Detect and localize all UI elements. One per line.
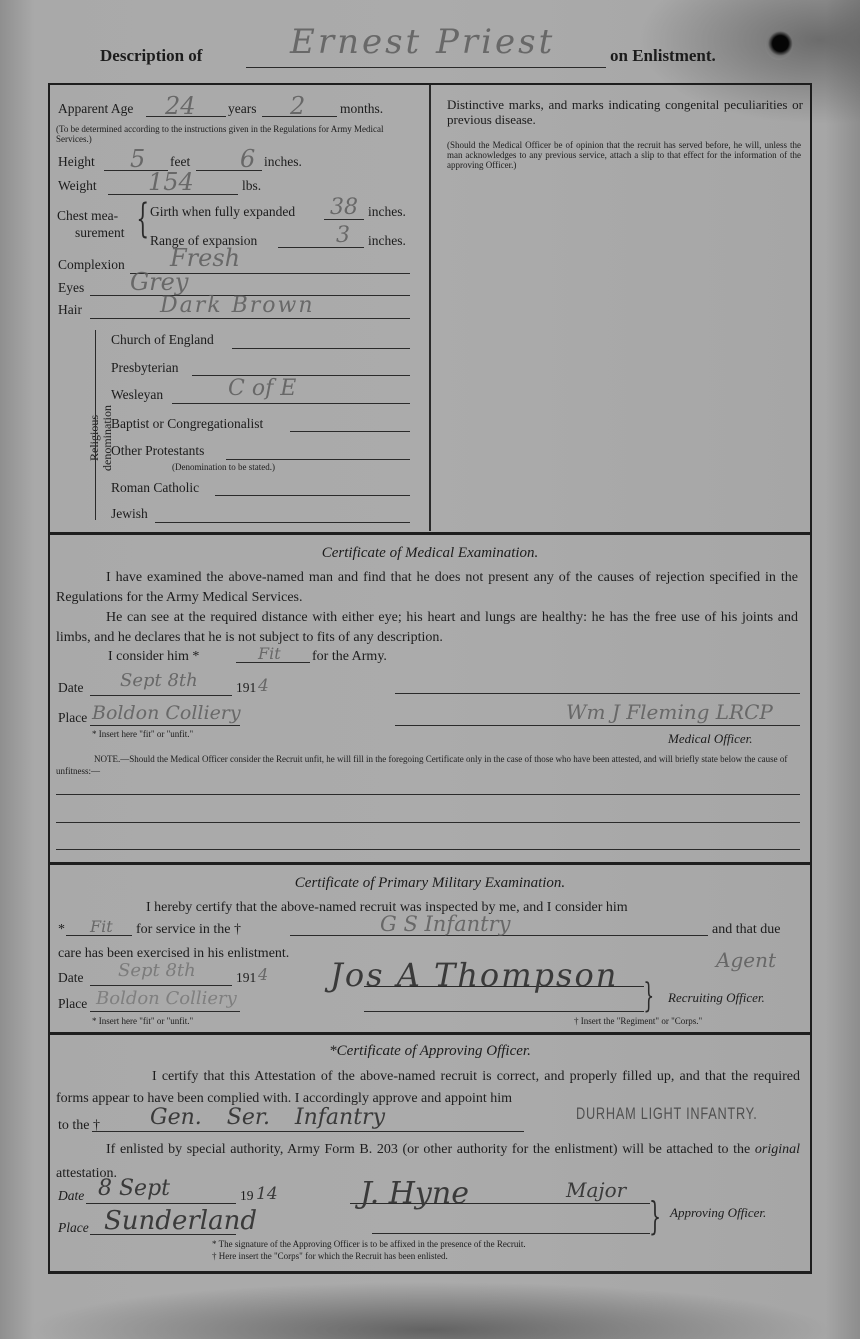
- attestation-page: Description of Ernest Priest on Enlistme…: [0, 0, 860, 1339]
- distinctive-marks-note: (Should the Medical Officer be of opinio…: [447, 140, 801, 170]
- hair-value: Dark Brown: [160, 293, 315, 318]
- name-line: [246, 67, 606, 68]
- medical-para-1: I have examined the above-named man and …: [56, 568, 798, 608]
- approving-officer-label: Approving Officer.: [670, 1205, 766, 1221]
- inches-label: inches.: [264, 154, 302, 170]
- recruiting-officer-annotation: Agent: [716, 948, 776, 972]
- medical-date-line: [90, 695, 232, 696]
- approving-officer-signature: J. Hyne: [360, 1176, 469, 1211]
- apparent-age-label: Apparent Age: [58, 101, 133, 117]
- medical-para-2: He can see at the required distance with…: [56, 608, 798, 648]
- range-value: 3: [336, 223, 350, 248]
- age-months-value: 2: [290, 92, 305, 120]
- medical-place-line: [90, 725, 240, 726]
- medical-place-value: Boldon Colliery: [92, 702, 241, 724]
- military-place-value: Boldon Colliery: [96, 988, 237, 1009]
- approving-year-prefix: 19: [240, 1188, 254, 1204]
- approving-signature-line-2: [372, 1233, 650, 1234]
- medical-officer-label: Medical Officer.: [668, 731, 752, 747]
- recruiting-officer-signature: Jos A Thompson: [330, 956, 618, 994]
- military-certificate-title: Certificate of Primary Military Examinat…: [0, 875, 860, 892]
- girth-inches-label: inches.: [368, 204, 406, 220]
- religion-brace: [95, 330, 102, 520]
- description-divider: [429, 85, 431, 531]
- religion-line-3: [290, 431, 410, 432]
- religion-wesleyan: Wesleyan: [111, 387, 163, 403]
- unfitness-line-1: [56, 794, 800, 795]
- medical-fitness-value: Fit: [258, 644, 281, 663]
- consider-suffix: for the Army.: [312, 647, 387, 667]
- military-date-line: [90, 985, 232, 986]
- religion-line-1: [192, 375, 410, 376]
- approving-date-label: Date: [58, 1188, 84, 1204]
- chest-label-1: Chest mea-: [57, 208, 118, 224]
- age-note: (To be determined according to the instr…: [56, 124, 418, 144]
- military-service-label: for service in the †: [136, 920, 241, 940]
- medical-date-label: Date: [58, 680, 83, 696]
- height-feet-value: 5: [130, 145, 145, 173]
- medical-date-value: Sept 8th: [120, 670, 198, 691]
- religion-church-of-england: Church of England: [111, 332, 214, 348]
- distinctive-marks-heading: Distinctive marks, and marks indicating …: [447, 97, 803, 127]
- approving-para-2-original: original: [755, 1142, 800, 1157]
- recruiting-officer-label: Recruiting Officer.: [668, 990, 765, 1006]
- military-date-value: Sept 8th: [118, 960, 196, 981]
- consider-prefix: I consider him *: [108, 647, 199, 667]
- range-inches-label: inches.: [368, 233, 406, 249]
- medical-signature-line-1: [395, 693, 800, 694]
- religion-value: C of E: [228, 376, 296, 401]
- medical-signature-line-2: [395, 725, 800, 726]
- corps-value: Gen. Ser. Infantry: [150, 1105, 385, 1130]
- approving-footnote-1: * The signature of the Approving Officer…: [212, 1239, 526, 1249]
- medical-fit-note: * Insert here "fit" or "unfit.": [92, 729, 193, 739]
- to-the-label: to the †: [58, 1116, 100, 1136]
- weight-value: 154: [148, 168, 194, 196]
- religion-line-4: [226, 459, 410, 460]
- lbs-label: lbs.: [242, 178, 261, 194]
- military-asterisk: *: [58, 920, 65, 940]
- eyes-value: Grey: [130, 268, 188, 296]
- recruiting-signature-line-2: [364, 1011, 644, 1012]
- months-label: months.: [340, 101, 383, 117]
- medical-year-prefix: 191: [236, 680, 256, 696]
- religion-jewish: Jewish: [111, 506, 148, 522]
- girth-value: 38: [330, 195, 358, 220]
- approving-brace: }: [649, 1196, 661, 1236]
- religion-line-0: [232, 348, 410, 349]
- approving-officer-rank: Major: [566, 1178, 626, 1202]
- corps-line: [92, 1131, 524, 1132]
- age-years-value: 24: [165, 92, 196, 120]
- military-place-line: [90, 1011, 240, 1012]
- military-due-care: and that due: [712, 920, 780, 940]
- military-fit-note: * Insert here "fit" or "unfit.": [92, 1016, 193, 1026]
- religion-baptist: Baptist or Congregationalist: [111, 416, 263, 432]
- religion-line-5: [215, 495, 410, 496]
- approving-footnote-2: † Here insert the "Corps" for which the …: [212, 1251, 448, 1261]
- military-year-suffix: 4: [258, 965, 268, 984]
- religion-roman-catholic: Roman Catholic: [111, 480, 199, 496]
- chest-brace: {: [136, 199, 149, 239]
- range-line: [278, 247, 364, 248]
- unfitness-line-2: [56, 822, 800, 823]
- recruiting-brace: }: [643, 976, 654, 1016]
- approving-certificate-title: *Certificate of Approving Officer.: [0, 1043, 860, 1060]
- medical-place-label: Place: [58, 710, 87, 726]
- religion-presbyterian: Presbyterian: [111, 360, 178, 376]
- medical-year-suffix: 4: [258, 676, 269, 696]
- regiment-note: † Insert the "Regiment" or "Corps.": [574, 1016, 702, 1026]
- religion-line-6: [155, 522, 410, 523]
- height-inches-value: 6: [240, 145, 255, 173]
- military-year-prefix: 191: [236, 970, 256, 986]
- military-date-label: Date: [58, 970, 83, 986]
- religion-line-2: [172, 403, 410, 404]
- military-service-value: G S Infantry: [380, 912, 511, 936]
- description-of-label: Description of: [100, 46, 202, 66]
- years-label: years: [228, 101, 256, 117]
- hair-label: Hair: [58, 302, 82, 318]
- hair-line: [90, 318, 410, 319]
- chest-label-2: surement: [75, 225, 125, 241]
- recruit-name: Ernest Priest: [290, 22, 555, 62]
- girth-label: Girth when fully expanded: [150, 204, 295, 220]
- complexion-label: Complexion: [58, 257, 125, 273]
- height-label: Height: [58, 154, 95, 170]
- approving-date-line: [86, 1203, 236, 1204]
- approving-year-suffix: 14: [256, 1184, 278, 1204]
- military-fitness-value: Fit: [90, 917, 113, 936]
- other-protestants-note: (Denomination to be stated.): [172, 462, 275, 472]
- on-enlistment-label: on Enlistment.: [610, 46, 716, 66]
- approving-para-2a: If enlisted by special authority, Army F…: [106, 1142, 750, 1157]
- punch-hole: [765, 30, 793, 60]
- unfitness-line-3: [56, 849, 800, 850]
- approving-date-value: 8 Sept: [98, 1176, 170, 1201]
- medical-officer-signature: Wm J Fleming LRCP: [566, 700, 773, 724]
- eyes-label: Eyes: [58, 280, 84, 296]
- weight-label: Weight: [58, 178, 97, 194]
- unfit-note: NOTE.—Should the Medical Officer conside…: [56, 753, 800, 777]
- approving-place-label: Place: [58, 1220, 89, 1236]
- medical-certificate-title: Certificate of Medical Examination.: [0, 545, 860, 562]
- approving-place-value: Sunderland: [104, 1206, 257, 1236]
- durham-light-infantry-stamp: DURHAM LIGHT INFANTRY.: [576, 1104, 758, 1124]
- military-place-label: Place: [58, 996, 87, 1012]
- religion-other-protestants: Other Protestants: [111, 443, 204, 459]
